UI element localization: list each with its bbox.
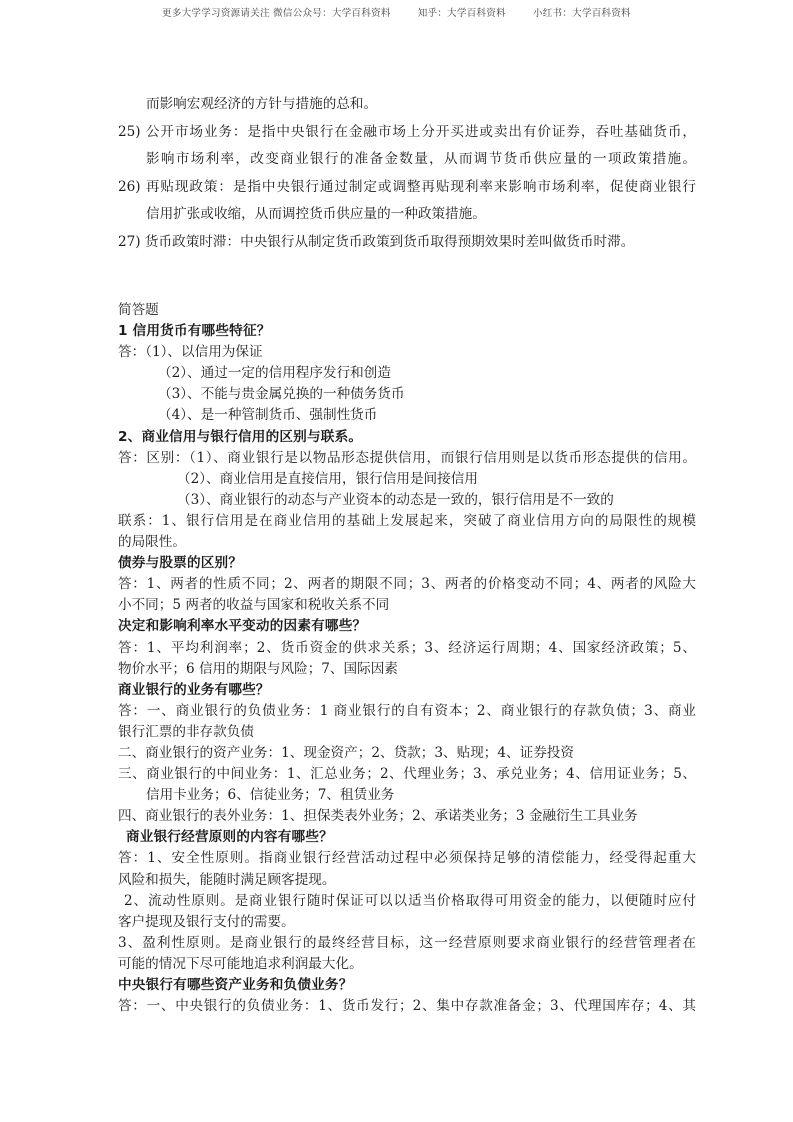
answer-line: 的局限性。 bbox=[118, 532, 696, 553]
short-answer-section: 简答题 1 信用货币有哪些特征？ 答：（1）、以信用为保证 （2）、通过一定的信… bbox=[118, 300, 696, 1017]
page-header: 更多大学学习资源请关注 微信公众号：大学百科资料 知乎：大学百科资料 小红书：大… bbox=[0, 7, 793, 20]
answer-line: （2）、商业信用是直接信用，银行信用是间接信用 bbox=[118, 469, 696, 490]
answer-line: 四、商业银行的表外业务：1、担保类表外业务；2、承诺类业务；3 金融衍生工具业务 bbox=[118, 806, 696, 827]
answer-line: （2）、通过一定的信用程序发行和创造 bbox=[118, 363, 696, 384]
answer-line: 小不同；5 两者的收益与国家和税收关系不同 bbox=[118, 595, 696, 616]
answer-line: 联系：1、银行信用是在商业信用的基础上发展起来，突破了商业信用方向的局限性的规模 bbox=[118, 511, 696, 532]
answer-line: 答：区别：（1）、商业银行是以物品形态提供信用，而银行信用则是以货币形态提供的信… bbox=[118, 448, 696, 469]
answer-line: 答：1、两者的性质不同；2、两者的期限不同；3、两者的价格变动不同；4、两者的风… bbox=[118, 574, 696, 595]
answer-line: 风险和损失，能随时满足顾客提现。 bbox=[118, 870, 696, 891]
answer-line: 2、流动性原则。是商业银行随时保证可以以适当价格取得可用资金的能力，以便随时应付 bbox=[118, 891, 696, 912]
answer-line: 客户提现及银行支付的需要。 bbox=[118, 912, 696, 933]
answer-line: 信用卡业务；6、信徒业务；7、租赁业务 bbox=[118, 785, 696, 806]
answer-line: 二、商业银行的资产业务：1、现金资产；2、贷款；3、贴现；4、证券投资 bbox=[118, 743, 696, 764]
definitions-list: 而影响宏观经济的方针与措施的总和。 25) 公开市场业务：是指中央银行在金融市场… bbox=[118, 91, 696, 256]
answer-line: （3）、商业银行的动态与产业资本的动态是一致的，银行信用是不一致的 bbox=[118, 490, 696, 511]
answer-line: 答：1、平均利润率；2、货币资金的供求关系；3、经济运行周期；4、国家经济政策；… bbox=[118, 638, 696, 659]
section-title: 简答题 bbox=[118, 300, 696, 321]
answer-line: 答：一、商业银行的负债业务：1 商业银行的自有资本；2、商业银行的存款负债；3、… bbox=[118, 701, 696, 722]
answer-line: （3）、不能与贵金属兑换的一种债务货币 bbox=[118, 384, 696, 405]
definition-line: 26) 再贴现政策：是指中央银行通过制定或调整再贴现利率来影响市场利率，促使商业… bbox=[118, 174, 696, 202]
answer-line: （4）、是一种管制货币、强制性货币 bbox=[118, 405, 696, 426]
question-title: 中央银行有哪些资产业务和负债业务？ bbox=[118, 975, 696, 996]
answer-line: 3、盈利性原则。是商业银行的最终经营目标，这一经营原则要求商业银行的经营管理者在 bbox=[118, 933, 696, 954]
answer-line: 答：（1）、以信用为保证 bbox=[118, 342, 696, 363]
document-page: { "colors": { "background": "#ffffff", "… bbox=[0, 0, 793, 1122]
question-title: 2、商业信用与银行信用的区别与联系。 bbox=[118, 427, 696, 448]
definition-line: 而影响宏观经济的方针与措施的总和。 bbox=[118, 91, 696, 119]
answer-line: 答：一、中央银行的负债业务：1、货币发行；2、集中存款准备金；3、代理国库存；4… bbox=[118, 996, 696, 1017]
question-title: 商业银行经营原则的内容有哪些？ bbox=[118, 827, 696, 848]
header-xiaohongshu-note: 小红书：大学百科资料 bbox=[533, 7, 631, 20]
question-title: 决定和影响利率水平变动的因素有哪些？ bbox=[118, 616, 696, 637]
definition-line: 信用扩张或收缩，从而调控货币供应量的一种政策措施。 bbox=[118, 201, 696, 229]
header-zhihu-note: 知乎：大学百科资料 bbox=[418, 7, 506, 20]
question-title: 债券与股票的区别？ bbox=[118, 553, 696, 574]
definition-line: 影响市场利率，改变商业银行的准备金数量，从而调节货币供应量的一项政策措施。 bbox=[118, 146, 696, 174]
answer-line: 银行汇票的非存款负债 bbox=[118, 722, 696, 743]
answer-line: 答：1、安全性原则。指商业银行经营活动过程中必须保持足够的清偿能力，经受得起重大 bbox=[118, 848, 696, 869]
answer-line: 物价水平；6 信用的期限与风险；7、国际因素 bbox=[118, 659, 696, 680]
answer-line: 三、商业银行的中间业务：1、汇总业务；2、代理业务；3、承兑业务；4、信用证业务… bbox=[118, 764, 696, 785]
definition-line: 25) 公开市场业务：是指中央银行在金融市场上分开买进或卖出有价证券，吞吐基础货… bbox=[118, 119, 696, 147]
question-title: 1 信用货币有哪些特征？ bbox=[118, 321, 696, 342]
definition-line: 27) 货币政策时滞：中央银行从制定货币政策到货币取得预期效果时差叫做货币时滞。 bbox=[118, 229, 696, 257]
answer-line: 可能的情况下尽可能地追求利润最大化。 bbox=[118, 954, 696, 975]
header-wechat-note: 更多大学学习资源请关注 微信公众号：大学百科资料 bbox=[162, 7, 391, 20]
question-title: 商业银行的业务有哪些？ bbox=[118, 680, 696, 701]
